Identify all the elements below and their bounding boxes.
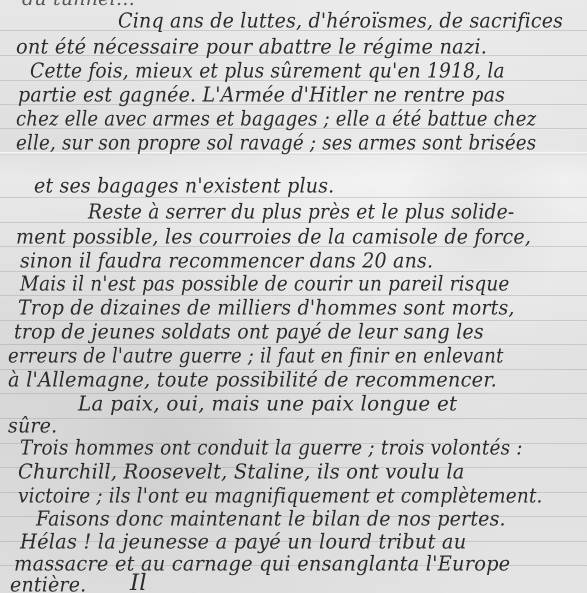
ruled-line (0, 418, 587, 419)
handwritten-line: victoire ; ils l'ont eu magnifiquement e… (18, 484, 543, 508)
handwritten-line: ment possible, les courroies de la camis… (16, 225, 531, 249)
handwritten-line: Faisons donc maintenant le bilan de nos … (36, 507, 506, 531)
handwritten-line: Mais il n'est pas possible de courir un … (20, 272, 510, 296)
handwritten-line: à l'Allemagne, toute possibilité de reco… (8, 368, 497, 392)
handwritten-line: entière. (10, 573, 86, 593)
handwritten-line: sinon il faudra recommencer dans 20 ans. (20, 249, 433, 273)
handwritten-line: Trois hommes ont conduit la guerre ; tro… (20, 436, 523, 460)
handwritten-line: chez elle avec armes et bagages ; elle a… (16, 107, 536, 131)
handwritten-line: Cinq ans de luttes, d'héroïsmes, de sacr… (118, 9, 563, 33)
handwritten-line: Reste à serrer du plus près et le plus s… (88, 200, 514, 224)
handwritten-line: ont été nécessaire pour abattre le régim… (16, 35, 487, 59)
handwritten-line: Churchill, Roosevelt, Staline, ils ont v… (18, 460, 465, 484)
handwritten-line: sûre. (8, 414, 57, 438)
handwritten-line: Cette fois, mieux et plus sûrement qu'en… (30, 59, 505, 83)
handwritten-line: massacre et au carnage qui ensanglanta l… (14, 552, 510, 576)
handwritten-line: trop de jeunes soldats ont payé de leur … (14, 320, 484, 344)
handwritten-line: et ses bagages n'existent plus. (34, 174, 334, 198)
handwritten-line: erreurs de l'autre guerre ; il faut en f… (8, 344, 504, 368)
handwritten-line: Il (130, 570, 147, 593)
handwritten-line: partie est gagnée. L'Armée d'Hitler ne r… (18, 83, 505, 107)
scanned-letter-page: du tunnel… Cinq ans de luttes, d'héroïsm… (0, 0, 587, 593)
handwritten-line: elle, sur son propre sol ravagé ; ses ar… (16, 131, 536, 155)
handwritten-line: Trop de dizaines de milliers d'hommes so… (18, 296, 515, 320)
handwritten-line: Hélas ! la jeunesse a payé un lourd trib… (20, 530, 466, 554)
handwritten-line: La paix, oui, mais une paix longue et (78, 392, 457, 416)
